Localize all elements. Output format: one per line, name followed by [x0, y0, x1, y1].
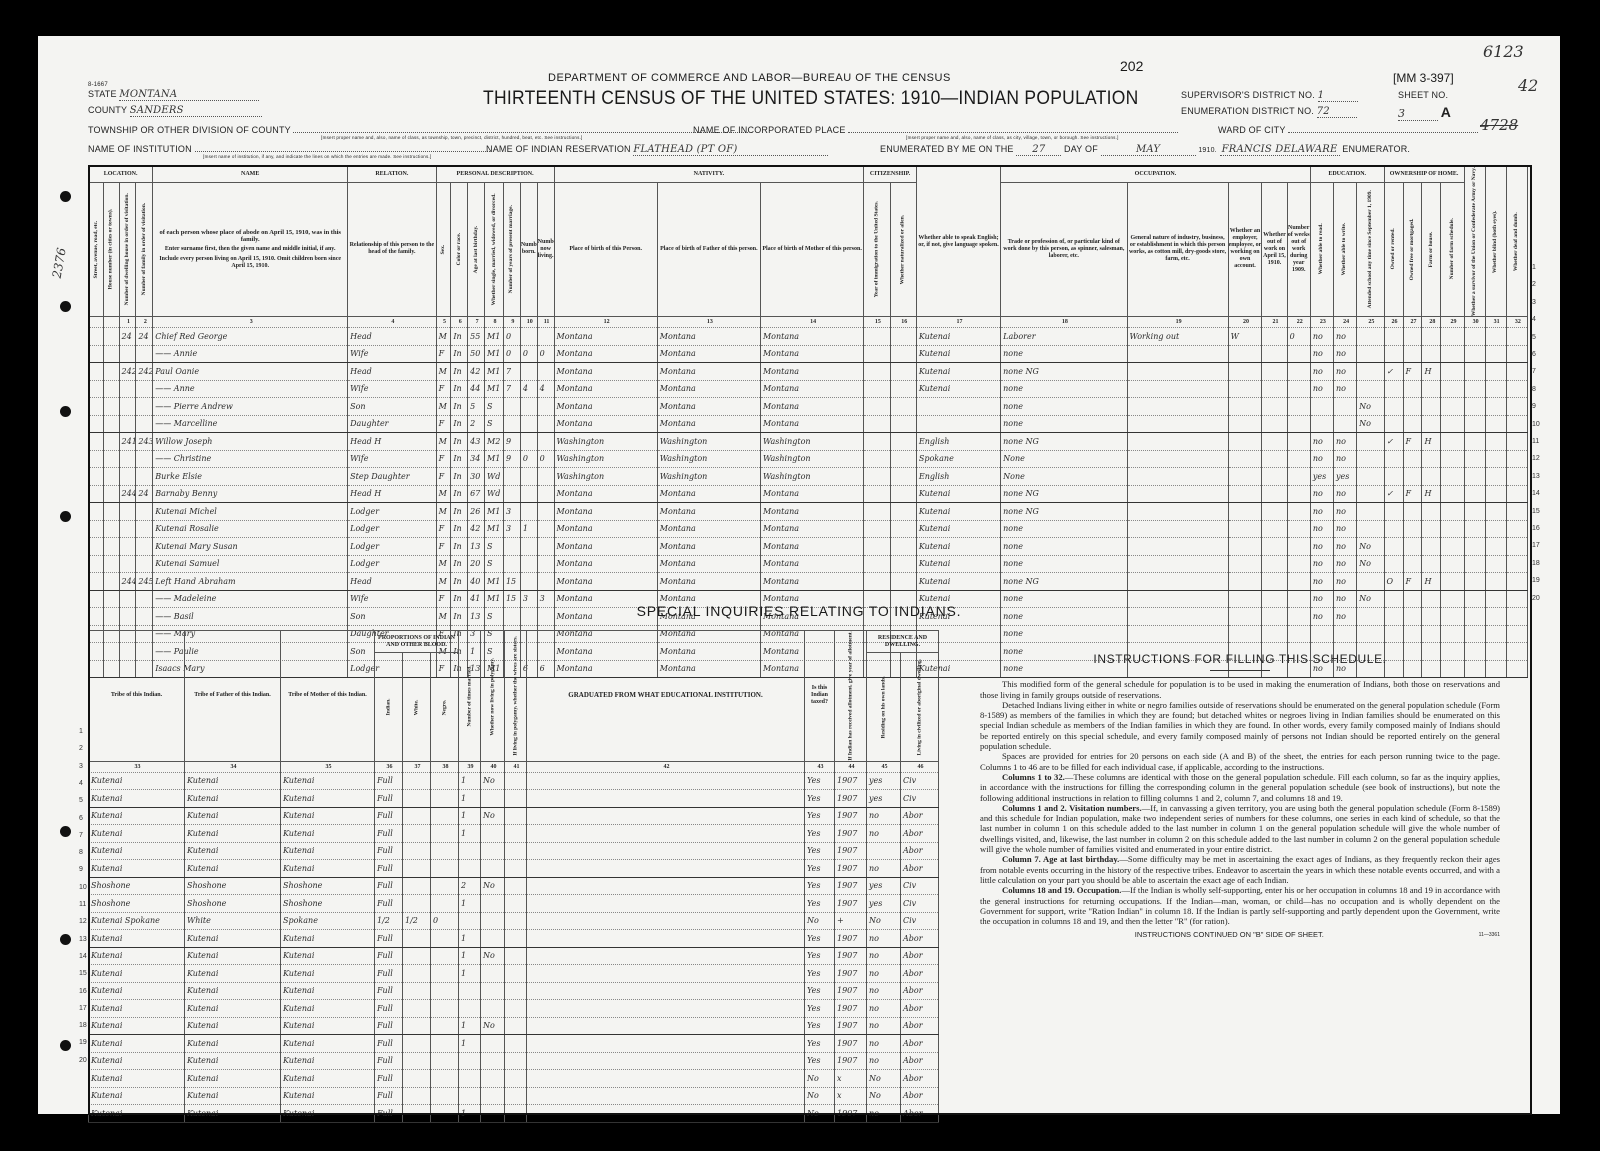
cell-indian: Full	[375, 860, 403, 878]
cell-living: 0	[537, 450, 554, 468]
cell-dwelling	[119, 503, 136, 521]
cell-white	[403, 930, 431, 948]
home-header: OWNERSHIP OF HOME.	[1384, 167, 1464, 183]
cell-white	[403, 807, 431, 825]
population-table: LOCATION. NAME RELATION. PERSONAL DESCRI…	[88, 166, 1528, 678]
empty-cell	[864, 415, 890, 433]
cell-polygamy	[481, 982, 505, 1000]
cell-birth: Montana	[554, 538, 657, 556]
cell-occupation: none NG	[1001, 433, 1127, 451]
cell-occupation: none	[1001, 538, 1127, 556]
mother-birthplace-header: Place of birth of Mother of this person.	[760, 182, 863, 316]
empty-cell	[1464, 433, 1485, 451]
cell-father: Kutenai	[185, 1070, 281, 1088]
line-number: 3	[1532, 299, 1536, 306]
farm-schedule-header: Number of farm schedule.	[1441, 182, 1464, 316]
cell-family	[136, 503, 153, 521]
cell-married: 1	[459, 1035, 481, 1053]
cell-farm	[1422, 345, 1441, 363]
empty-cell	[864, 573, 890, 591]
empty-cell	[1506, 433, 1527, 451]
p6-heading: Column 7. Age at last birthday.	[1002, 854, 1119, 864]
cell-weeks-out	[1287, 363, 1310, 381]
cell-marital: Wd	[485, 468, 504, 486]
cell-father: Kutenai	[185, 1052, 281, 1070]
empty-cell	[1485, 433, 1506, 451]
cell-industry	[1127, 415, 1228, 433]
cell-birth: Montana	[554, 328, 657, 346]
cell-indian: Full	[375, 790, 403, 808]
cell-years-married	[503, 555, 520, 573]
cell-name: Paul Oanie	[153, 363, 348, 381]
cell-married	[459, 1052, 481, 1070]
taxed-header: Is this Indian taxed?	[805, 631, 835, 762]
cell-language: Kutenai	[916, 363, 1000, 381]
cell-occupation: none	[1001, 380, 1127, 398]
cell-living	[537, 468, 554, 486]
cell-father-birth: Montana	[657, 345, 760, 363]
column-number: 1	[119, 317, 136, 328]
cell-language: Kutenai	[916, 380, 1000, 398]
cell-name: Kutenai Rosalie	[153, 520, 348, 538]
cell-own-land: no	[867, 1017, 901, 1035]
empty-cell	[1485, 415, 1506, 433]
name-header: NAME	[153, 167, 348, 183]
cell-farm	[1422, 450, 1441, 468]
cell-sisters	[505, 772, 527, 790]
line-number: 15	[79, 970, 87, 977]
cell-taxed: Yes	[805, 1035, 835, 1053]
sisters-header: If living in polygamy, whether the wives…	[505, 631, 527, 762]
township-note: [Insert proper name and, also, name of c…	[321, 135, 582, 140]
cell-read	[1310, 625, 1333, 643]
cell-father-birth: Washington	[657, 433, 760, 451]
cell-polygamy	[481, 825, 505, 843]
cell-years-married: 7	[503, 363, 520, 381]
column-number: 44	[835, 761, 867, 772]
institution-value	[195, 151, 490, 152]
cell-negro	[431, 877, 459, 895]
line-number: 10	[1532, 421, 1540, 428]
line-number: 1	[79, 728, 83, 735]
cell-free: F	[1403, 573, 1422, 591]
punch-hole	[60, 826, 71, 837]
occupation-header: OCCUPATION.	[1001, 167, 1311, 183]
dwelling-number-header: Number of dwelling house in order of vis…	[119, 182, 136, 316]
cell-married: 1	[459, 790, 481, 808]
cell-school	[1357, 328, 1384, 346]
empty-cell	[864, 520, 890, 538]
special-row: KutenaiKutenaiKutenaiFull1Yes1907noAbor	[89, 965, 939, 983]
empty-cell	[890, 555, 916, 573]
cell-weeks-out	[1287, 468, 1310, 486]
column-number: 31	[1485, 317, 1506, 328]
own-lands-header: Residing on his own lands.	[867, 653, 901, 761]
cell-dwelling: Abor	[901, 1087, 939, 1105]
cell-race: In	[451, 450, 468, 468]
empty-cell	[864, 450, 890, 468]
cell-graduated	[527, 1070, 805, 1088]
empty-cell	[890, 573, 916, 591]
cell-indian: Full	[375, 842, 403, 860]
cell-living	[537, 328, 554, 346]
cell-own-land: no	[867, 1105, 901, 1123]
cell-occupation: none NG	[1001, 485, 1127, 503]
cell-out-of-work	[1262, 625, 1287, 643]
children-born-header: Number born.	[520, 182, 537, 316]
cell-mother: Kutenai	[281, 1017, 375, 1035]
cell-marital: S	[485, 398, 504, 416]
cell-polygamy	[481, 860, 505, 878]
cell-mother: Kutenai	[281, 1000, 375, 1018]
cell-white	[403, 1105, 431, 1123]
cell-sisters	[505, 1105, 527, 1123]
cell-weeks-out	[1287, 520, 1310, 538]
cell-class	[1228, 520, 1262, 538]
cell-mother: Kutenai	[281, 807, 375, 825]
cell-born	[520, 573, 537, 591]
cell-write: no	[1333, 433, 1356, 451]
cell-farm: H	[1422, 363, 1441, 381]
empty-cell	[1485, 555, 1506, 573]
column-number-row: 3334353637383940414243444546	[89, 761, 939, 772]
cell-married: 1	[459, 947, 481, 965]
sheet-field: 3 A	[1398, 104, 1451, 121]
children-living-header: Number now living.	[537, 182, 554, 316]
state-label: STATE	[88, 89, 117, 99]
cell-read: no	[1310, 363, 1333, 381]
column-number: 5	[436, 317, 451, 328]
cell-write	[1333, 398, 1356, 416]
cell-dwelling: Abor	[901, 1105, 939, 1123]
cell-language: Kutenai	[916, 485, 1000, 503]
cell-allot: 1907	[835, 947, 867, 965]
cell-born	[520, 328, 537, 346]
cell-weeks-out	[1287, 450, 1310, 468]
cell-father: Kutenai	[185, 1035, 281, 1053]
column-number: 38	[431, 761, 459, 772]
cell-own-land: no	[867, 947, 901, 965]
special-row: Kutenai SpokaneWhiteSpokane1/21/20No+NoC…	[89, 912, 939, 930]
empty-cell	[89, 345, 104, 363]
cell-graduated	[527, 860, 805, 878]
cell-race: In	[451, 485, 468, 503]
cell-farm: H	[1422, 485, 1441, 503]
special-row: KutenaiKutenaiKutenaiFull1Yes1907noAbor	[89, 930, 939, 948]
cell-name: Left Hand Abraham	[153, 573, 348, 591]
cell-name: Barnaby Benny	[153, 485, 348, 503]
cell-sisters	[505, 982, 527, 1000]
cell-weeks-out	[1287, 625, 1310, 643]
cell-mother-birth: Montana	[760, 555, 863, 573]
farm-house-header: Farm or house.	[1422, 182, 1441, 316]
empty-cell	[1441, 363, 1464, 381]
cell-language	[916, 415, 1000, 433]
cell-polygamy	[481, 842, 505, 860]
cell-years-married	[503, 538, 520, 556]
column-number: 2	[136, 317, 153, 328]
graduated-header: GRADUATED FROM WHAT EDUCATIONAL INSTITUT…	[527, 631, 805, 762]
cell-married: 1	[459, 930, 481, 948]
cell-language: Kutenai	[916, 573, 1000, 591]
cell-industry	[1127, 363, 1228, 381]
cell-birth: Montana	[554, 503, 657, 521]
cell-occupation: None	[1001, 450, 1127, 468]
cell-polygamy: No	[481, 877, 505, 895]
cell-sex: F	[436, 415, 451, 433]
empty-cell	[89, 363, 104, 381]
cell-sisters	[505, 1000, 527, 1018]
cell-school	[1357, 485, 1384, 503]
column-number: 42	[527, 761, 805, 772]
cell-white	[403, 1052, 431, 1070]
column-number: 46	[901, 761, 939, 772]
cell-sisters	[505, 1035, 527, 1053]
township-label: TOWNSHIP OR OTHER DIVISION OF COUNTY	[88, 125, 291, 135]
cell-marital: M1	[485, 328, 504, 346]
cell-birth: Washington	[554, 450, 657, 468]
cell-sex: M	[436, 363, 451, 381]
cell-taxed: No	[805, 1070, 835, 1088]
cell-married: 1	[459, 772, 481, 790]
line-number: 19	[79, 1039, 87, 1046]
cell-own-land: no	[867, 1000, 901, 1018]
cell-allot: 1907	[835, 842, 867, 860]
empty-cell	[103, 520, 119, 538]
cell-industry	[1127, 503, 1228, 521]
line-number: 5	[79, 797, 83, 804]
cell-father: Kutenai	[185, 790, 281, 808]
cell-mother-birth: Montana	[760, 573, 863, 591]
naturalized-header: Whether naturalized or alien.	[890, 182, 916, 316]
empty-cell	[890, 468, 916, 486]
cell-allot: 1907	[835, 790, 867, 808]
empty-cell	[1441, 555, 1464, 573]
cell-white	[403, 790, 431, 808]
cell-dwelling: Abor	[901, 1035, 939, 1053]
reservation-value: Flathead (pt of)	[633, 144, 828, 156]
cell-dwelling	[119, 345, 136, 363]
birthplace-header: Place of birth of this Person.	[554, 182, 657, 316]
cell-father-birth: Montana	[657, 328, 760, 346]
cell-free	[1403, 538, 1422, 556]
line-number: 12	[79, 918, 87, 925]
cell-free: F	[1403, 485, 1422, 503]
cell-name: Willow Joseph	[153, 433, 348, 451]
cell-white	[403, 947, 431, 965]
cell-school	[1357, 520, 1384, 538]
cell-own-land: no	[867, 965, 901, 983]
cell-living	[537, 538, 554, 556]
empty-cell	[1506, 328, 1527, 346]
cell-mother-birth: Montana	[760, 538, 863, 556]
cell-taxed: No	[805, 1105, 835, 1123]
cell-tribe: Kutenai	[89, 842, 185, 860]
cell-family	[136, 380, 153, 398]
p4-heading: Columns 1 to 32.	[1002, 772, 1065, 782]
cell-birth: Montana	[554, 415, 657, 433]
instructions-p4: Columns 1 to 32.—These columns are ident…	[980, 772, 1500, 803]
line-number: 4	[1532, 316, 1536, 323]
cell-tribe: Kutenai	[89, 1035, 185, 1053]
cell-allot: 1907	[835, 1052, 867, 1070]
cell-own	[1384, 520, 1403, 538]
cell-dwelling: Civ	[901, 790, 939, 808]
cell-indian: Full	[375, 1000, 403, 1018]
incorporated-field: NAME OF INCORPORATED PLACE	[693, 125, 1178, 135]
cell-taxed: Yes	[805, 1000, 835, 1018]
cell-read: no	[1310, 345, 1333, 363]
cell-relation: Head	[348, 573, 436, 591]
cell-graduated	[527, 912, 805, 930]
cell-graduated	[527, 965, 805, 983]
cell-occupation: Laborer	[1001, 328, 1127, 346]
empty-cell	[1441, 625, 1464, 643]
cell-white	[403, 1035, 431, 1053]
school-header: Attended school any time since September…	[1357, 182, 1384, 316]
employer-header: Whether an employer, employee, or workin…	[1228, 182, 1262, 316]
punch-hole	[60, 191, 71, 202]
incorporated-value	[848, 132, 1178, 133]
cell-taxed: Yes	[805, 825, 835, 843]
cell-weeks-out	[1287, 415, 1310, 433]
empty-cell	[1464, 415, 1485, 433]
cell-family	[136, 538, 153, 556]
cell-industry	[1127, 345, 1228, 363]
cell-mother: Kutenai	[281, 1052, 375, 1070]
column-number: 32	[1506, 317, 1527, 328]
cell-living	[537, 398, 554, 416]
cell-negro	[431, 1035, 459, 1053]
empty-cell	[890, 485, 916, 503]
empty-cell	[1441, 450, 1464, 468]
special-row: KutenaiKutenaiKutenaiFullYes1907noAbor	[89, 1052, 939, 1070]
column-number: 25	[1357, 317, 1384, 328]
cell-occupation: none	[1001, 625, 1127, 643]
cell-years-married: 7	[503, 380, 520, 398]
cell-years-married	[503, 485, 520, 503]
cell-years-married: 0	[503, 345, 520, 363]
cell-taxed: Yes	[805, 772, 835, 790]
cell-married	[459, 1087, 481, 1105]
line-number: 3	[79, 763, 83, 770]
cell-dwelling	[119, 520, 136, 538]
cell-farm: H	[1422, 573, 1441, 591]
cell-own	[1384, 503, 1403, 521]
cell-marital: M2	[485, 433, 504, 451]
line-number: 8	[1532, 386, 1536, 393]
cell-tribe: Kutenai	[89, 1052, 185, 1070]
cell-read: no	[1310, 538, 1333, 556]
cell-name: —— Annie	[153, 345, 348, 363]
cell-own-land: yes	[867, 877, 901, 895]
cell-dwelling: 242	[119, 363, 136, 381]
cell-negro	[431, 1052, 459, 1070]
cell-mother-birth: Montana	[760, 328, 863, 346]
cell-married	[459, 860, 481, 878]
cell-own-land: no	[867, 930, 901, 948]
column-number: 13	[657, 317, 760, 328]
empty-cell	[1485, 363, 1506, 381]
column-number: 21	[1262, 317, 1287, 328]
house-number-header: House number (in cities or towns).	[103, 182, 119, 316]
cell-family	[136, 520, 153, 538]
cell-dwelling: Abor	[901, 807, 939, 825]
cell-marital: M1	[485, 520, 504, 538]
cell-indian: Full	[375, 772, 403, 790]
cell-farm	[1422, 468, 1441, 486]
instructions-p2: Detached Indians living either in white …	[980, 700, 1500, 751]
cell-father: Kutenai	[185, 965, 281, 983]
ward-label: WARD OF CITY	[1218, 125, 1285, 135]
sheet-value: 3	[1398, 107, 1438, 121]
language-header: Whether able to speak English; or, if no…	[916, 167, 1000, 317]
empty-cell	[103, 555, 119, 573]
special-row: KutenaiKutenaiKutenaiFullYes1907noAbor	[89, 860, 939, 878]
cell-own	[1384, 450, 1403, 468]
ward-field: WARD OF CITY	[1218, 125, 1478, 135]
empty-cell	[1485, 520, 1506, 538]
cell-name: —— Anne	[153, 380, 348, 398]
cell-sex: M	[436, 555, 451, 573]
cell-sisters	[505, 930, 527, 948]
cell-father: Kutenai	[185, 930, 281, 948]
cell-white	[403, 1000, 431, 1018]
cell-name: Chief Red George	[153, 328, 348, 346]
cell-negro	[431, 807, 459, 825]
cell-race: In	[451, 345, 468, 363]
cell-polygamy	[481, 1087, 505, 1105]
person-row: 242242Paul OanieHeadMIn42M17MontanaMonta…	[89, 363, 1528, 381]
line-number: 2	[1532, 281, 1536, 288]
cell-birth: Montana	[554, 380, 657, 398]
cell-language: Spokane	[916, 450, 1000, 468]
special-row: KutenaiKutenaiKutenaiFullYes1907Abor	[89, 842, 939, 860]
cell-graduated	[527, 1087, 805, 1105]
cell-birth: Montana	[554, 398, 657, 416]
cell-father-birth: Montana	[657, 555, 760, 573]
cell-age: 50	[468, 345, 485, 363]
empty-cell	[890, 450, 916, 468]
person-row: 244245Left Hand AbrahamHeadMIn40M115Mont…	[89, 573, 1528, 591]
cell-sisters	[505, 947, 527, 965]
cell-free	[1403, 398, 1422, 416]
empty-cell	[1441, 520, 1464, 538]
empty-cell	[103, 415, 119, 433]
cell-tribe: Kutenai	[89, 965, 185, 983]
cell-birth: Montana	[554, 520, 657, 538]
line-number: 16	[79, 988, 87, 995]
empty-cell	[1485, 538, 1506, 556]
name-description: of each person whose place of abode on A…	[153, 182, 348, 316]
cell-allot: 1907	[835, 860, 867, 878]
cell-farm	[1422, 398, 1441, 416]
cell-years-married	[503, 468, 520, 486]
empty-cell	[1464, 380, 1485, 398]
cell-family: 24	[136, 485, 153, 503]
empty-cell	[1441, 485, 1464, 503]
special-row: KutenaiKutenaiKutenaiFullNoxNoAbor	[89, 1087, 939, 1105]
line-number: 1	[1532, 264, 1536, 271]
cell-father: Kutenai	[185, 825, 281, 843]
cell-own	[1384, 415, 1403, 433]
cell-white	[403, 860, 431, 878]
line-number: 7	[79, 832, 83, 839]
cell-mother: Kutenai	[281, 947, 375, 965]
cell-own-land	[867, 842, 901, 860]
cell-allot: 1907	[835, 1017, 867, 1035]
cell-own-land: no	[867, 860, 901, 878]
